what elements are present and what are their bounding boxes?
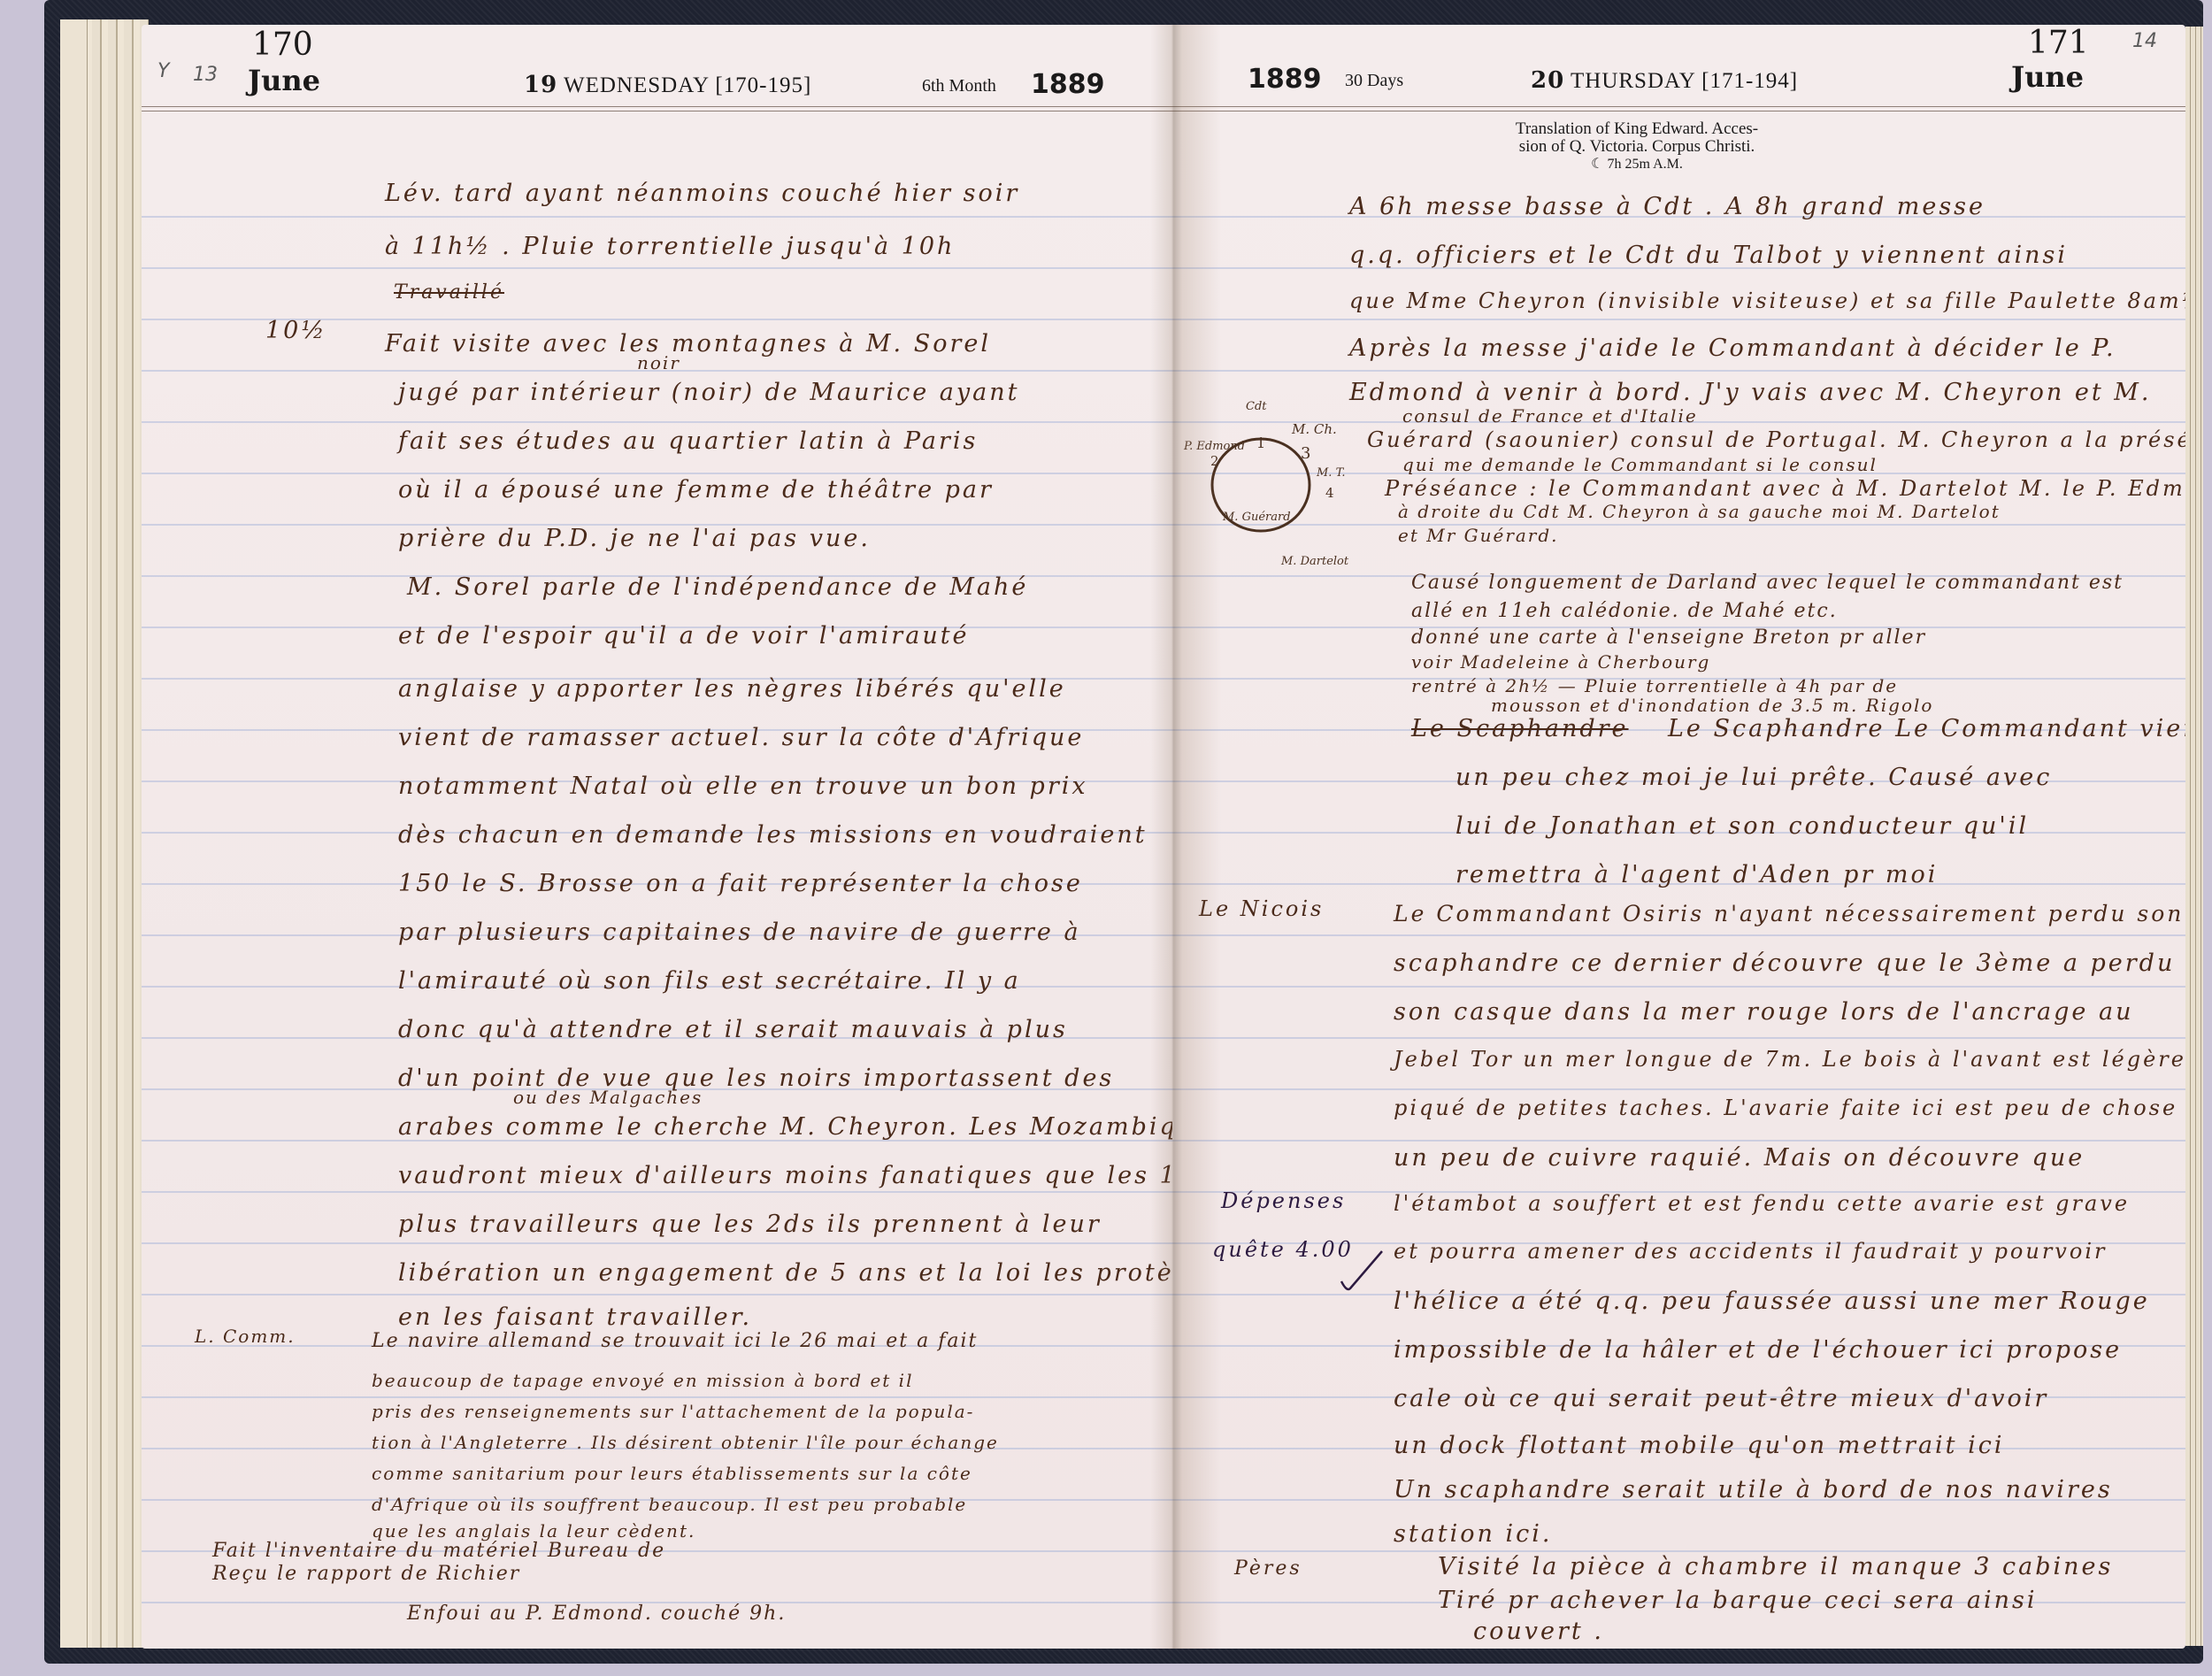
weekday: WEDNESDAY: [564, 73, 709, 97]
struck-heading: Le Scaphandre: [1411, 715, 1629, 742]
entry-line: anglaise y apporter les nègres libérés q…: [398, 675, 1066, 703]
entry-line: et pourra amener des accidents il faudra…: [1394, 1239, 2107, 1264]
entry-line: Guérard (saounier) consul de Portugal. M…: [1367, 427, 2185, 452]
days-in-month: 30 Days: [1345, 71, 1403, 91]
entry-line: station ici.: [1394, 1520, 1553, 1548]
svg-text:3: 3: [1301, 444, 1310, 463]
entry-line-struck: Travaillé: [394, 281, 504, 304]
svg-text:M. T.: M. T.: [1316, 466, 1345, 480]
entry-line: vient de ramasser actuel. sur la côte d'…: [398, 724, 1084, 751]
entry-line: fait ses études au quartier latin à Pari…: [398, 427, 978, 455]
diary-page-right: 1889 30 Days 20 THURSDAY [171-194] 171 1…: [1172, 25, 2185, 1649]
entry-line: donc qu'à attendre et il serait mauvais …: [398, 1016, 1068, 1043]
svg-text:Cdt: Cdt: [1246, 400, 1267, 413]
entry-line: que les anglais la leur cèdent.: [372, 1520, 695, 1541]
entry-line: et Mr Guérard.: [1398, 525, 1559, 546]
svg-text:M. Ch.: M. Ch.: [1291, 421, 1337, 437]
entry-line: rentré à 2h½ — Pluie torrentielle à 4h p…: [1411, 675, 1898, 696]
month-label: June: [2011, 60, 2084, 94]
footer-note: Fait l'inventaire du matériel Bureau de: [212, 1540, 665, 1562]
day-number: 20: [1531, 67, 1564, 94]
entry-line: son casque dans la mer rouge lors de l'a…: [1394, 998, 2133, 1026]
calendar-note-line: sion of Q. Victoria. Corpus Christi.: [1491, 138, 1783, 156]
entry-line: Le navire allemand se trouvait ici le 26…: [372, 1330, 978, 1352]
margin-note-collection: quête 4.00: [1212, 1237, 1354, 1262]
entry-line: lui de Jonathan et son conducteur qu'il: [1455, 812, 2029, 840]
entry-line: un dock flottant mobile qu'on mettrait i…: [1394, 1432, 2005, 1459]
endpaper: [60, 19, 88, 1648]
entry-line: donné une carte à l'enseigne Breton pr a…: [1411, 627, 1926, 649]
month-label: June: [248, 64, 320, 97]
entry-line: mousson et d'inondation de 3.5 m. Rigolo: [1491, 695, 1933, 716]
svg-text:M. Guérard: M. Guérard: [1222, 511, 1291, 524]
entry-line: l'étambot a souffert et est fendu cette …: [1394, 1191, 2130, 1216]
date-line: 19 WEDNESDAY [170-195]: [524, 72, 811, 98]
entry-line: que Mme Cheyron (invisible visiteuse) et…: [1349, 288, 2185, 313]
pencil-mark: Y: [157, 60, 169, 82]
entry-line: Le Scaphandre Le Commandant vient se séc…: [1668, 715, 2185, 742]
margin-note-fathers: Pères: [1234, 1557, 1302, 1580]
entry-line: un peu chez moi je lui prête. Causé avec: [1455, 764, 2052, 791]
entry-line: impossible de la hâler et de l'échouer i…: [1394, 1336, 2122, 1364]
entry-line: Causé longuement de Darland avec lequel …: [1411, 572, 2124, 594]
margin-note-time: 10½: [265, 317, 327, 344]
day-count: [171-194]: [1701, 69, 1798, 93]
entry-line: Le Commandant Osiris n'ayant nécessairem…: [1394, 901, 2184, 926]
entry-line: un peu de cuivre raquié. Mais on découvr…: [1394, 1144, 2085, 1172]
entry-line: notamment Natal où elle en trouve un bon…: [398, 773, 1088, 800]
entry-line: comme sanitarium pour leurs établissemen…: [372, 1463, 972, 1484]
entry-line: d'un point de vue que les noirs importas…: [398, 1065, 1114, 1092]
svg-text:2: 2: [1210, 453, 1219, 469]
year: 1889: [1031, 69, 1105, 100]
entry-line: M. Sorel parle de l'indépendance de Mahé: [407, 573, 1028, 601]
date-line: 20 THURSDAY [171-194]: [1531, 67, 1798, 94]
weekday: THURSDAY: [1571, 69, 1695, 93]
page-number: 170: [252, 27, 313, 63]
moon-phase: ☾ 7h 25m A.M.: [1491, 156, 1783, 173]
entry-line: Lév. tard ayant néanmoins couché hier so…: [385, 180, 1019, 207]
entry-line: libération un engagement de 5 ans et la …: [398, 1259, 1172, 1287]
entry-line: Tiré pr achever la barque ceci sera ains…: [1438, 1587, 2038, 1614]
entry-line: voir Madeleine à Cherbourg: [1411, 651, 1710, 673]
entry-line: scaphandre ce dernier découvre que le 3è…: [1394, 949, 2175, 977]
entry-line: en les faisant travailler.: [398, 1303, 752, 1331]
margin-note-expenses: Dépenses: [1221, 1188, 1346, 1213]
entry-line: 150 le S. Brosse on a fait représenter l…: [398, 870, 1083, 897]
entry-line: à 11h½ . Pluie torrentielle jusqu'à 10h: [385, 233, 955, 260]
entry-line: vaudront mieux d'ailleurs moins fanatiqu…: [398, 1162, 1172, 1189]
entry-line: jugé par intérieur (noir) de Maurice aya…: [398, 379, 1019, 406]
entry-line: allé en 11eh calédonie. de Mahé etc.: [1411, 600, 1838, 622]
interlinear-note: ou des Malgaches: [513, 1087, 703, 1108]
pencil-mark: 13: [193, 64, 218, 86]
entry-line: beaucoup de tapage envoyé en mission à b…: [372, 1370, 913, 1391]
margin-note-commandant: L. Comm.: [195, 1326, 296, 1347]
entry-line: tion à l'Angleterre . Ils désirent obten…: [372, 1432, 999, 1453]
entry-line: Préséance : le Commandant avec à M. Dart…: [1385, 476, 2185, 501]
entry-line: d'Afrique où ils souffrent beaucoup. Il …: [372, 1494, 967, 1515]
month-ordinal: 6th Month: [922, 76, 996, 96]
entry-line: Visité la pièce à chambre il manque 3 ca…: [1438, 1553, 2113, 1580]
entry-line: plus travailleurs que les 2ds ils prenne…: [398, 1211, 1102, 1238]
entry-line: et de l'espoir qu'il a de voir l'amiraut…: [398, 622, 970, 650]
printed-calendar-note: Translation of King Edward. Acces- sion …: [1491, 120, 1783, 173]
entry-line: piqué de petites taches. L'avarie faite …: [1394, 1096, 2177, 1120]
interlinear-note: consul de France et d'Italie: [1402, 405, 1698, 427]
entry-line: Un scaphandre serait utile à bord de nos…: [1394, 1476, 2113, 1503]
seating-diagram: Cdt M. Ch. P. Edmond 1 2 3 M. T. 4 M. Gu…: [1177, 388, 1371, 573]
entry-line: par plusieurs capitaines de navire de gu…: [398, 919, 1081, 946]
entry-line: q.q. officiers et le Cdt du Talbot y vie…: [1349, 242, 2068, 269]
entry-line: l'hélice a été q.q. peu faussée aussi un…: [1394, 1288, 2150, 1315]
entry-line: A 6h messe basse à Cdt . A 8h grand mess…: [1349, 193, 1985, 220]
left-page-stack: [60, 19, 149, 1648]
entry-line: à droite du Cdt M. Cheyron à sa gauche m…: [1398, 501, 2001, 522]
interlinear-note: noir: [637, 352, 680, 373]
entry-line: Fait visite avec les montagnes à M. Sore…: [385, 330, 991, 357]
right-page-stack: [2185, 27, 2203, 1646]
svg-text:P. Edmond: P. Edmond: [1183, 440, 1245, 453]
last-line: Enfoui au P. Edmond. couché 9h.: [407, 1603, 786, 1625]
svg-text:4: 4: [1325, 485, 1334, 501]
entry-line-scaphandre: Le Scaphandre: [1411, 715, 1629, 742]
svg-text:M. Dartelot: M. Dartelot: [1280, 555, 1349, 568]
entry-line: couvert .: [1473, 1618, 1604, 1645]
entry-line: Jebel Tor un mer longue de 7m. Le bois à…: [1394, 1047, 2185, 1072]
page-number: 171: [2028, 25, 2089, 61]
footer-note: Reçu le rapport de Richier: [212, 1563, 520, 1585]
calendar-note-line: Translation of King Edward. Acces-: [1491, 120, 1783, 138]
entry-line: arabes comme le cherche M. Cheyron. Les …: [398, 1113, 1172, 1141]
entry-line: Après la messe j'aide le Commandant à dé…: [1349, 334, 2116, 362]
pencil-mark: 14: [2132, 30, 2157, 52]
header-rule: [1172, 106, 2185, 111]
entry-line: où il a épousé une femme de théâtre par: [398, 476, 994, 504]
header-rule: [142, 106, 1172, 111]
entry-line: l'amirauté où son fils est secrétaire. I…: [398, 967, 1021, 995]
day-number: 19: [524, 72, 557, 98]
entry-line: prière du P.D. je ne l'ai pas vue.: [398, 525, 871, 552]
year: 1889: [1248, 64, 1322, 95]
interlinear-note: qui me demande le Commandant si le consu…: [1402, 454, 1878, 475]
day-count: [170-195]: [715, 73, 811, 97]
entry-line: pris des renseignements sur l'attachemen…: [372, 1401, 974, 1422]
diary-page-left: Y 13 170 June 19 WEDNESDAY [170-195] 6th…: [142, 25, 1172, 1649]
entry-line: remettra à l'agent d'Aden pr moi: [1455, 861, 1938, 888]
margin-note-nicois: Le Nicois: [1199, 896, 1324, 921]
entry-line: cale où ce qui serait peut-être mieux d'…: [1394, 1385, 2048, 1412]
svg-text:1: 1: [1256, 434, 1265, 451]
entry-line: Edmond à venir à bord. J'y vais avec M. …: [1349, 379, 2152, 406]
entry-line: dès chacun en demande les missions en vo…: [398, 821, 1148, 849]
checkmark-icon: [1336, 1246, 1389, 1299]
